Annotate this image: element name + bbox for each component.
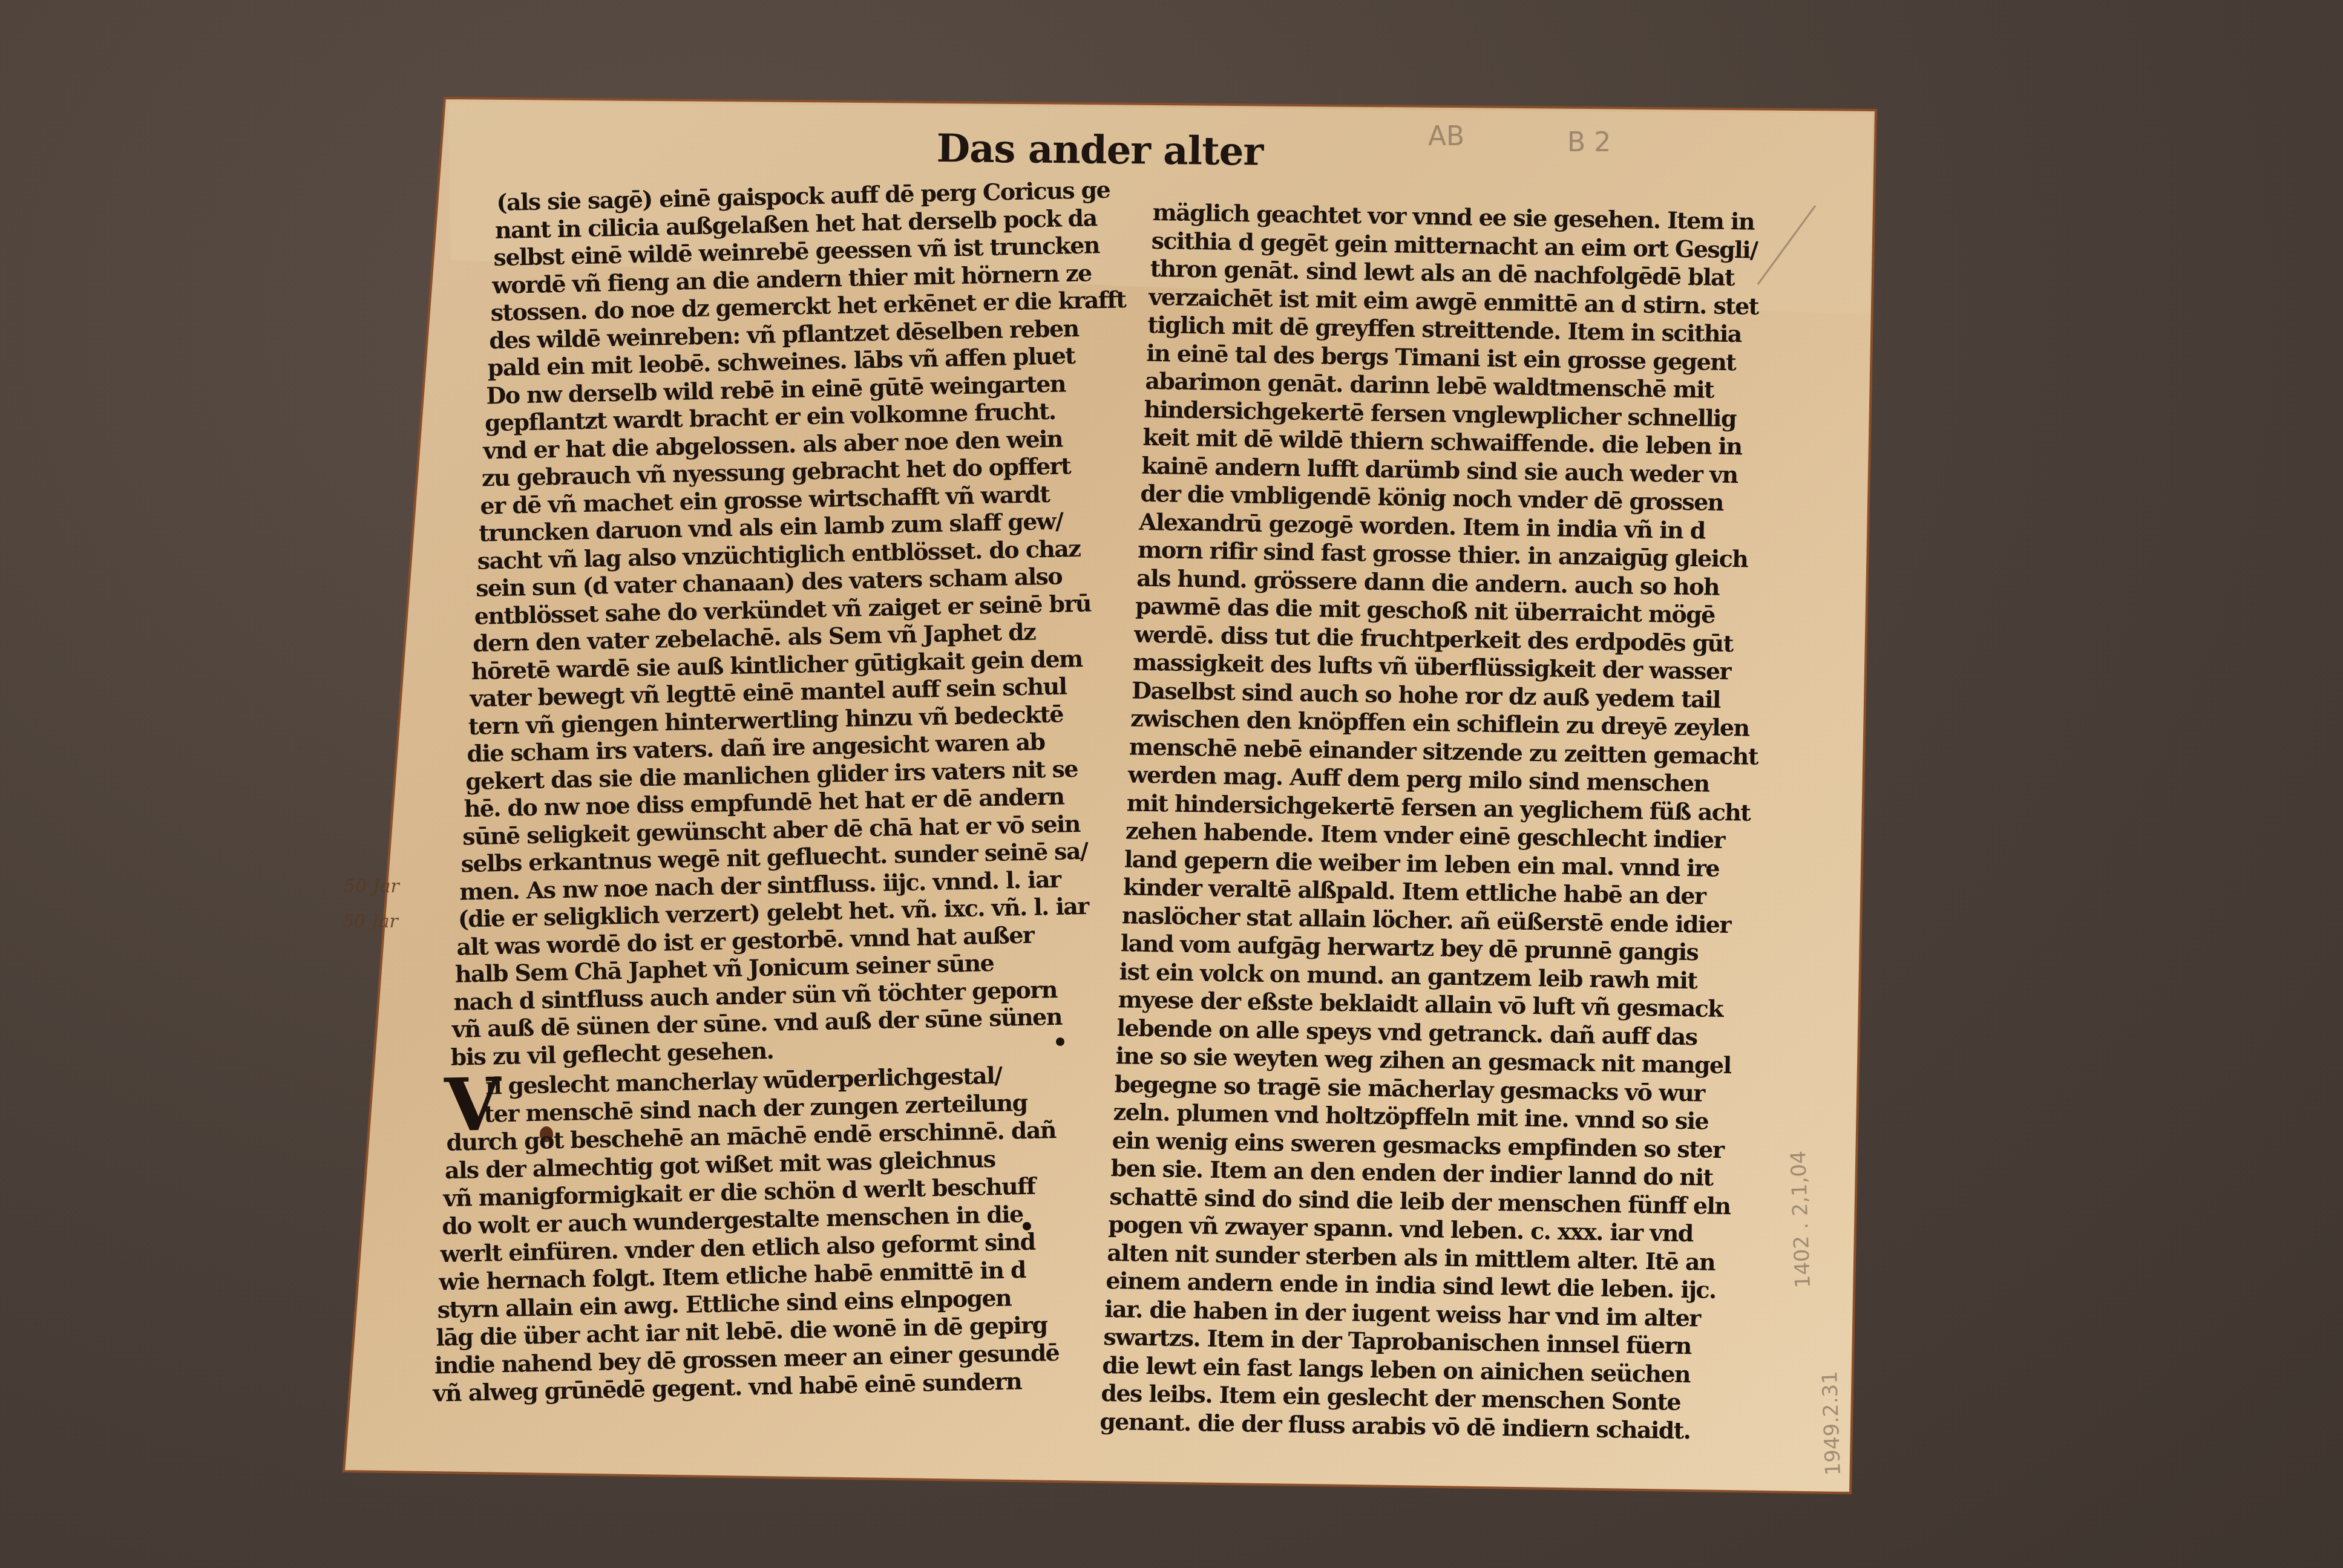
pencil-mark: 1402 . 2,1,04 (1786, 1151, 1815, 1289)
dot-mark (1056, 1037, 1064, 1046)
margin-note: 50 Jar (342, 911, 398, 932)
margin-note: 50 Jar (344, 876, 399, 897)
pencil-mark: B 2 (1567, 127, 1611, 158)
page-heading: Das ander alter (936, 126, 1263, 175)
pencil-mark: AB (1428, 121, 1464, 152)
pencil-mark: 1949.2.31 (1818, 1371, 1846, 1476)
